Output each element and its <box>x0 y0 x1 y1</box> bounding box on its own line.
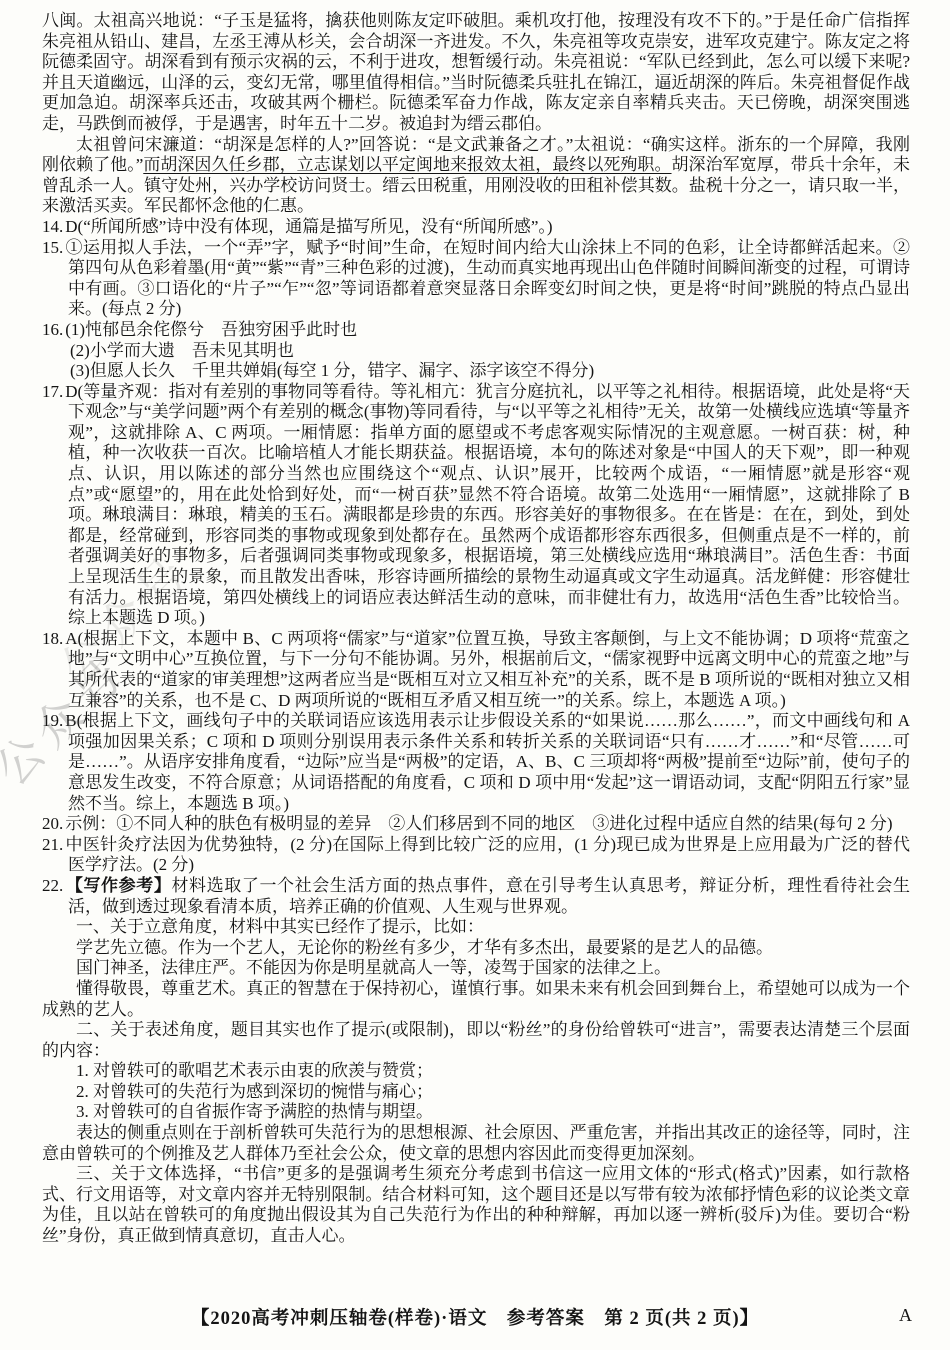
answer-line: 一、关于立意角度，材料中其实已经作了提示，比如： <box>42 917 910 938</box>
answer-line: 国门神圣，法律庄严。不能因为你是明星就高人一等，凌驾于国家的法律之上。 <box>42 958 910 979</box>
translation-paragraph: 太祖曾问宋濂道：“胡深是怎样的人?”回答说：“是文武兼备之才。”太祖说：“确实这… <box>42 135 910 217</box>
answer-number: 19. <box>42 711 63 730</box>
text-run: 二、关于表述角度，题目其实也作了提示(或限制)，即以“粉丝”的身份给曾轶可“进言… <box>42 1020 910 1060</box>
answer-line: 18.A(根据上下文，本题中 B、C 两项将“儒家”与“道家”位置互换，导致主客… <box>42 629 910 711</box>
text-run: 材料选取了一个社会生活方面的热点事件，意在引导考生认真思考，辩证分析，理性看待社… <box>68 876 910 916</box>
answer-item-16: 16.(1)忳郁邑余侘傺兮 吾独穷困乎此时也(2)小学而大遗 吾未见其明也(3)… <box>42 320 910 382</box>
answer-line: 1. 对曾轶可的歌唱艺术表示由衷的欣羡与赞赏； <box>42 1061 910 1082</box>
answer-line: 二、关于表述角度，题目其实也作了提示(或限制)，即以“粉丝”的身份给曾轶可“进言… <box>42 1020 910 1061</box>
footer-title: 【2020高考冲刺压轴卷(样卷)·语文 参考答案 第 2 页(共 2 页)】 <box>0 1304 950 1330</box>
text-run: 学艺先立德。作为一个艺人，无论你的粉丝有多少，才华有多杰出，最要紧的是艺人的品德… <box>76 938 773 957</box>
text-run: (3)但愿人长久 千里共婵娟(每空 1 分，错字、漏字、添字该空不得分) <box>70 361 594 380</box>
document-body: 八闽。太祖高兴地说：“子玉是猛将，擒获他则陈友定吓破胆。乘机攻打他，按理没有攻不… <box>42 11 910 1247</box>
answer-item-14: 14.D(“所闻所感”诗中没有体现，通篇是描写所见，没有“所闻所感”。) <box>42 217 910 238</box>
answer-number: 17. <box>42 382 63 401</box>
text-run: (2)小学而大遗 吾未见其明也 <box>70 341 294 360</box>
answer-line: 14.D(“所闻所感”诗中没有体现，通篇是描写所见，没有“所闻所感”。) <box>42 217 910 238</box>
text-run: 1. 对曾轶可的歌唱艺术表示由衷的欣羡与赞赏； <box>76 1061 433 1080</box>
answer-line: 16.(1)忳郁邑余侘傺兮 吾独穷困乎此时也 <box>42 320 910 341</box>
text-run: ①运用拟人手法，一个“弄”字，赋予“时间”生命，在短时间内给大山涂抹上不同的色彩… <box>65 238 910 319</box>
answer-number: 20. <box>42 814 63 833</box>
answer-line: 三、关于文体选择，“书信”更多的是强调考生须充分考虑到书信这一应用文体的“形式(… <box>42 1164 910 1246</box>
answer-line: 20.示例：①不同人种的肤色有极明显的差异 ②人们移居到不同的地区 ③进化过程中… <box>42 814 910 835</box>
underlined-text: 而胡深因久任乡郡，立志谋划以平定闽地来报效太祖，最终以死殉职。 <box>143 155 671 174</box>
answer-line: 19.B(根据上下文，画线句子中的关联词语应该选用表示让步假设关系的“如果说……… <box>42 711 910 814</box>
answer-line: 21.中医针灸疗法因为优势独特，(2 分)在国际上得到比较广泛的应用，(1 分)… <box>42 835 910 876</box>
answer-number: 18. <box>42 629 63 648</box>
answer-line: 2. 对曾轶可的失范行为感到深切的惋惜与痛心； <box>42 1082 910 1103</box>
text-run: 国门神圣，法律庄严。不能因为你是明星就高人一等，凌驾于国家的法律之上。 <box>76 958 671 977</box>
page-version-label: A <box>899 1305 912 1326</box>
text-run: D(等量齐观：指对有差别的事物同等看待。等礼相亢：犹言分庭抗礼，以平等之礼相待。… <box>65 382 910 628</box>
answer-line: 17.D(等量齐观：指对有差别的事物同等看待。等礼相亢：犹言分庭抗礼，以平等之礼… <box>42 382 910 629</box>
answer-line: 3. 对曾轶可的自省振作寄予满腔的热情与期望。 <box>42 1102 910 1123</box>
text-run: 八闽。太祖高兴地说：“子玉是猛将，擒获他则陈友定吓破胆。乘机攻打他，按理没有攻不… <box>42 11 910 133</box>
text-run: 2. 对曾轶可的失范行为感到深切的惋惜与痛心； <box>76 1082 433 1101</box>
answer-number: 16. <box>42 320 63 339</box>
answer-item-18: 18.A(根据上下文，本题中 B、C 两项将“儒家”与“道家”位置互换，导致主客… <box>42 629 910 711</box>
bold-label: 【写作参考】 <box>65 876 171 895</box>
translation-paragraph: 八闽。太祖高兴地说：“子玉是猛将，擒获他则陈友定吓破胆。乘机攻打他，按理没有攻不… <box>42 11 910 135</box>
text-run: 一、关于立意角度，材料中其实已经作了提示，比如： <box>76 917 484 936</box>
text-run: 3. 对曾轶可的自省振作寄予满腔的热情与期望。 <box>76 1102 433 1121</box>
text-run: (1)忳郁邑余侘傺兮 吾独穷困乎此时也 <box>65 320 357 339</box>
answer-number: 22. <box>42 876 63 895</box>
answer-number: 21. <box>42 835 63 854</box>
answer-item-21: 21.中医针灸疗法因为优势独特，(2 分)在国际上得到比较广泛的应用，(1 分)… <box>42 835 910 876</box>
answer-line: 22.【写作参考】材料选取了一个社会生活方面的热点事件，意在引导考生认真思考，辩… <box>42 876 910 917</box>
answer-line: 学艺先立德。作为一个艺人，无论你的粉丝有多少，才华有多杰出，最要紧的是艺人的品德… <box>42 938 910 959</box>
page-footer: 【2020高考冲刺压轴卷(样卷)·语文 参考答案 第 2 页(共 2 页)】 A <box>0 1304 950 1334</box>
answer-number: 15. <box>42 238 63 257</box>
text-run: 三、关于文体选择，“书信”更多的是强调考生须充分考虑到书信这一应用文体的“形式(… <box>42 1164 910 1245</box>
answer-line: 表达的侧重点则在于剖析曾轶可失范行为的思想根源、社会原因、严重危害，并指出其改正… <box>42 1123 910 1164</box>
answer-item-15: 15.①运用拟人手法，一个“弄”字，赋予“时间”生命，在短时间内给大山涂抹上不同… <box>42 238 910 320</box>
answer-item-20: 20.示例：①不同人种的肤色有极明显的差异 ②人们移居到不同的地区 ③进化过程中… <box>42 814 910 835</box>
answer-line: 懂得敬畏，尊重艺术。真正的智慧在于保持初心，谨慎行事。如果未来有机会回到舞台上，… <box>42 979 910 1020</box>
text-run: 懂得敬畏，尊重艺术。真正的智慧在于保持初心，谨慎行事。如果未来有机会回到舞台上，… <box>42 979 910 1019</box>
answer-number: 14. <box>42 217 63 236</box>
exam-answer-page: 公众号 公众号 八闽。太祖高兴地说：“子玉是猛将，擒获他则陈友定吓破胆。乘机攻打… <box>0 0 950 1350</box>
text-run: D(“所闻所感”诗中没有体现，通篇是描写所见，没有“所闻所感”。) <box>65 217 552 236</box>
text-run: 示例：①不同人种的肤色有极明显的差异 ②人们移居到不同的地区 ③进化过程中适应自… <box>65 814 892 833</box>
text-run: 表达的侧重点则在于剖析曾轶可失范行为的思想根源、社会原因、严重危害，并指出其改正… <box>42 1123 910 1163</box>
text-run: 中医针灸疗法因为优势独特，(2 分)在国际上得到比较广泛的应用，(1 分)现已成… <box>65 835 910 875</box>
answer-item-22: 22.【写作参考】材料选取了一个社会生活方面的热点事件，意在引导考生认真思考，辩… <box>42 876 910 1247</box>
text-run: B(根据上下文，画线句子中的关联词语应该选用表示让步假设关系的“如果说……那么…… <box>65 711 910 812</box>
answer-item-19: 19.B(根据上下文，画线句子中的关联词语应该选用表示让步假设关系的“如果说……… <box>42 711 910 814</box>
answer-item-17: 17.D(等量齐观：指对有差别的事物同等看待。等礼相亢：犹言分庭抗礼，以平等之礼… <box>42 382 910 629</box>
answer-line: (2)小学而大遗 吾未见其明也 <box>42 341 910 362</box>
answer-line: (3)但愿人长久 千里共婵娟(每空 1 分，错字、漏字、添字该空不得分) <box>42 361 910 382</box>
text-run: A(根据上下文，本题中 B、C 两项将“儒家”与“道家”位置互换，导致主客颠倒，… <box>65 629 910 710</box>
answer-line: 15.①运用拟人手法，一个“弄”字，赋予“时间”生命，在短时间内给大山涂抹上不同… <box>42 238 910 320</box>
